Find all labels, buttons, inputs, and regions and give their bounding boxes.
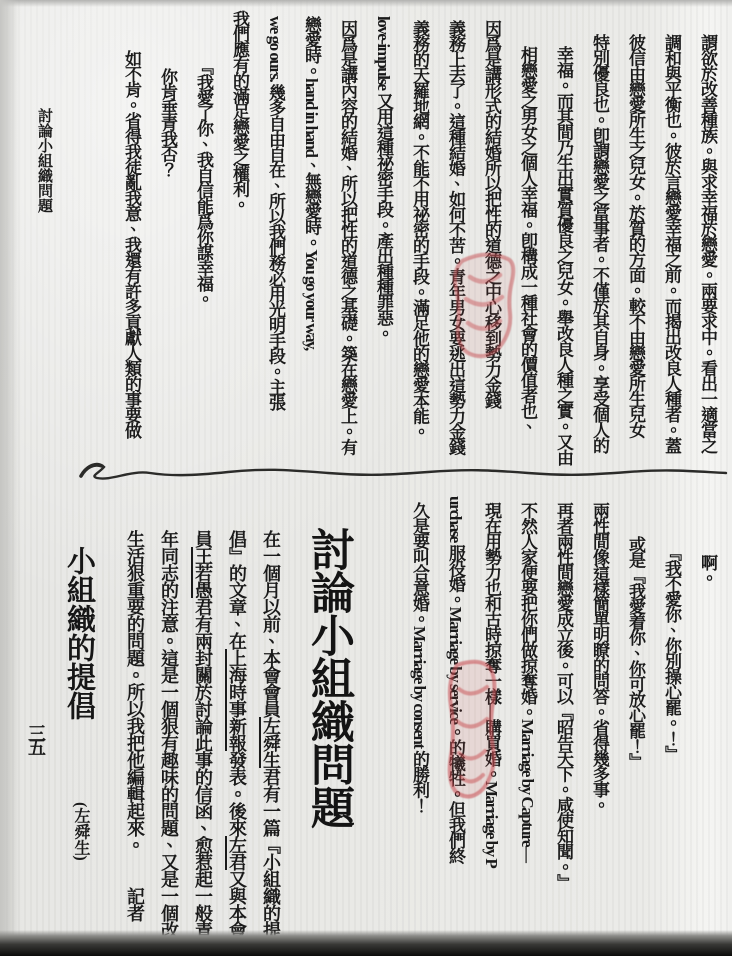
text-column: 兩性間像這樣簡單明瞭的問答。省得幾多事。 [591,494,608,952]
text-column: 年同志的注意。這是一個狠有趣味的問題、又是一個改革 [160,528,178,952]
text-column: 調和與平衡也。彼於言戀愛幸福之前。而揭出改良人種者。蓋 [663,8,680,466]
section-divider-line [78,460,730,482]
scan-edge-bottom [0,930,732,956]
scan-edge-top [0,0,732,7]
text-column: 再者兩性間戀愛成立後。可以『昭告天下。咸使知聞。』 [555,494,572,952]
bottom-text-block: 啊。 『我不愛你、你別操心罷。！』 或是『我愛着你、你可放心罷！』 兩性間像這樣… [392,494,716,952]
red-seal-stamp [443,655,501,805]
article-title: 討論小組織問題 [306,527,350,828]
text-column: 如不肯。省得我徒亂我意、我還有許多貢獻人類的事要做 [123,8,140,466]
text-column: 你肯垂青我否？ [159,8,176,466]
text-column: 特別優良也。卽謂戀愛之當事者。不僅於其自身。享受個人的 [591,8,608,466]
text-column: 不然人家便要把你們做掠奪婚。Marriage by Capture— [519,494,536,952]
text-column: 在一個月以前、本會會員左舜生君有一篇『小組織的提 [262,528,280,952]
text-column: 生活狠重要的問題。所以我把他編輯起來。 記者 [126,528,144,952]
text-column: 因爲是講內容的結婚、所以把性的道德之基礎。築在戀愛上。有 [339,8,356,466]
text-column: 戀愛時。hand in hand、無戀愛時。You go your way, [303,8,320,466]
text-column: 相戀愛之男女之個人幸福。卽構成一種社會的價值者也、 [519,8,536,466]
text-column: we go ours. 幾多自由自在、所以我們務必用光明手段。主張 [267,8,284,466]
text-column: 啊。 [699,494,716,952]
scanned-document-page: 討論小組織問題 謂欲於改善種族。與求幸福於戀愛。兩要求中。看出一適當之 調和與平… [0,0,732,956]
page-number: 三五 [27,724,45,752]
text-column: 義務上去了。這種結婚、如何不苦。青年男女要逃出這勢力金錢 [447,8,464,466]
section-title: 小組織的提倡 [64,546,93,720]
text-column: 我們應有的滿足戀愛之權利。 [231,8,248,466]
text-column: love-impulse 又用這種祕密手段。產出種種罪惡。 [375,8,392,466]
text-column: 義務的天羅地網。不能不用祕密的手段。滿足他的戀愛本能。 [411,8,428,466]
text-column: 久是要叫合意婚。Marriage by consent 的勝利！ [411,494,428,952]
text-column: 謂欲於改善種族。與求幸福於戀愛。兩要求中。看出一適當之 [699,8,716,466]
running-header: 討論小組織問題 [36,108,51,213]
text-column: 『我愛了你、我自信能爲你謀幸福。 [195,8,212,466]
text-column: 彼信由戀愛所生之兒女。於質的方面。較不由戀愛所生兒女 [627,8,644,466]
text-column: 倡』的文章、在上海時事新報發表。後來左君又與本會會 [228,528,246,952]
text-column: 或是『我愛着你、你可放心罷！』 [627,494,644,952]
top-text-block: 謂欲於改善種族。與求幸福於戀愛。兩要求中。看出一適當之 調和與平衡也。彼於言戀愛… [104,8,716,466]
editor-note-block: 在一個月以前、本會會員左舜生君有一篇『小組織的提 倡』的文章、在上海時事新報發表… [110,528,280,952]
text-column: 『我不愛你、你別操心罷。！』 [663,494,680,952]
author-name: (左舜生) [72,802,88,861]
text-column: 員王若愚君有兩封關於討論此事的信函、愈惹起一般青 [194,528,212,952]
text-column: 幸福。而其間乃生出實質優良之兒女。舉改良人種之實。又由 [555,8,572,466]
red-seal-stamp [450,247,520,369]
scan-edge-left [0,0,18,956]
text-column: 因爲是講形式的結婚所以把性的道德之中心移到勢力金錢 [483,8,500,466]
